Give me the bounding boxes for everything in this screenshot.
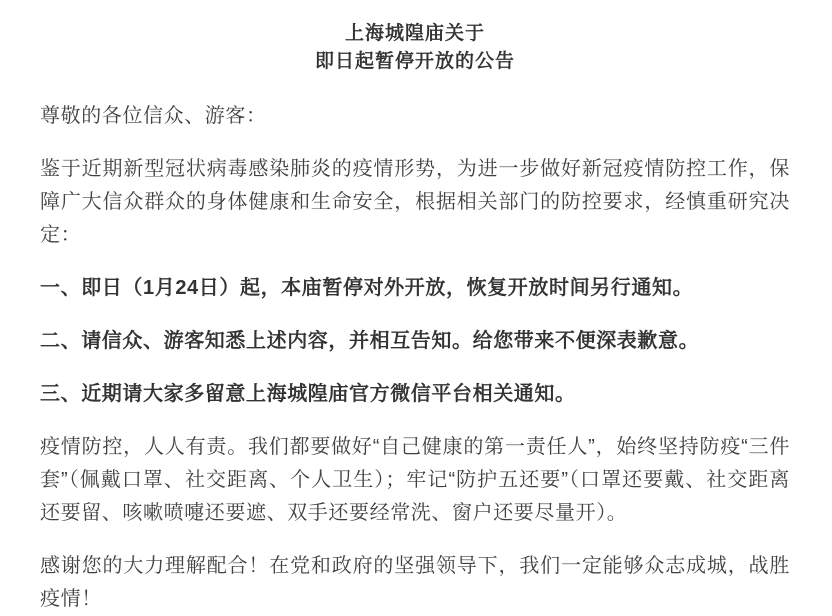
salutation-paragraph: 尊敬的各位信众、游客： — [40, 100, 790, 133]
title-line-2: 即日起暂停开放的公告 — [40, 48, 790, 76]
prevention-paragraph: 疫情防控，人人有责。我们都要做好“自己健康的第一责任人”，始终坚持防疫“三件套”… — [40, 431, 790, 530]
closing-paragraph: 感谢您的大力理解配合！在党和政府的坚强领导下，我们一定能够众志成城，战胜疫情！ — [40, 550, 790, 616]
title-line-1: 上海城隍庙关于 — [40, 20, 790, 48]
notice-item-2: 二、请信众、游客知悉上述内容，并相互告知。给您带来不便深表歉意。 — [40, 325, 790, 358]
announcement-title: 上海城隍庙关于 即日起暂停开放的公告 — [40, 20, 790, 76]
intro-paragraph: 鉴于近期新型冠状病毒感染肺炎的疫情形势，为进一步做好新冠疫情防控工作，保障广大信… — [40, 153, 790, 252]
notice-item-1: 一、即日（1月24日）起，本庙暂停对外开放，恢复开放时间另行通知。 — [40, 272, 790, 305]
notice-item-3: 三、近期请大家多留意上海城隍庙官方微信平台相关通知。 — [40, 378, 790, 411]
announcement-article: 上海城隍庙关于 即日起暂停开放的公告 尊敬的各位信众、游客： 鉴于近期新型冠状病… — [0, 0, 832, 616]
